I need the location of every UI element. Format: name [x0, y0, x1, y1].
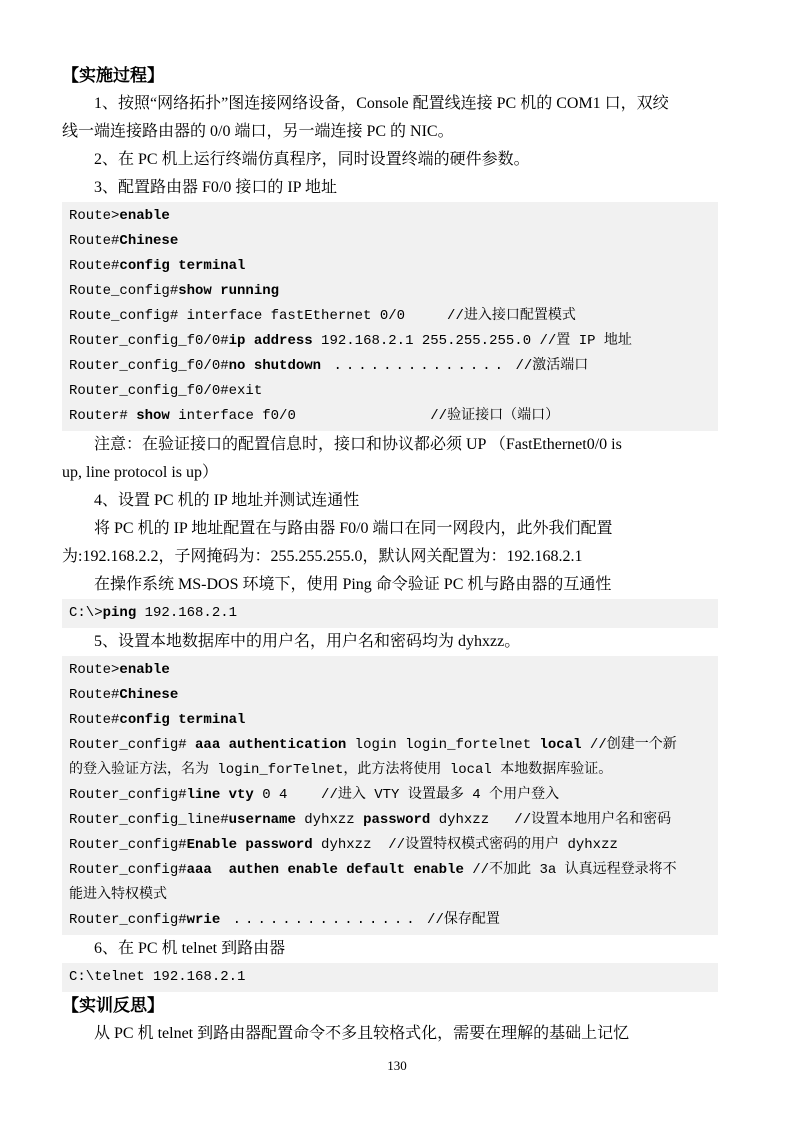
- code-prompt: Route#: [69, 258, 119, 274]
- code-line: Router_config_f0/0#exit: [62, 379, 718, 404]
- code-prompt: Route_config#: [69, 283, 178, 299]
- code-command: no shutdown: [229, 358, 321, 374]
- code-command: aaa authentication: [195, 737, 346, 753]
- code-command: show: [136, 408, 170, 424]
- code-prompt: Route#: [69, 712, 119, 728]
- code-line: Router_config#wrie ............... //保存配…: [62, 908, 718, 933]
- code-line: Router_config#line vty 0 4 //进入 VTY 设置最多…: [62, 783, 718, 808]
- code-comment-continuation: 能进入特权模式: [69, 887, 167, 903]
- page-number: 130: [0, 1058, 794, 1074]
- code-command: config terminal: [119, 712, 245, 728]
- code-text: Route_config# interface fastEthernet 0/0…: [69, 308, 576, 324]
- code-comment: //创建一个新: [582, 737, 677, 753]
- section-heading-implementation: 【实施过程】: [62, 62, 718, 90]
- code-command: line vty: [187, 787, 254, 803]
- code-prompt: Route#: [69, 233, 119, 249]
- code-line: Route_config#show running: [62, 279, 718, 304]
- code-command: enable: [119, 662, 169, 678]
- code-comment: //不加此 3a 认真远程登录将不: [464, 862, 677, 878]
- code-line: Route_config# interface fastEthernet 0/0…: [62, 304, 718, 329]
- code-block-telnet: C:\telnet 192.168.2.1: [62, 963, 718, 992]
- code-line: Route#Chinese: [62, 683, 718, 708]
- code-prompt: Route>: [69, 208, 119, 224]
- paragraph-step1-line1: 1、按照“网络拓扑”图连接网络设备，Console 配置线连接 PC 机的 CO…: [62, 90, 718, 118]
- code-command: config terminal: [119, 258, 245, 274]
- code-line: Router_config# aaa authentication login …: [62, 733, 718, 758]
- paragraph-step4-detail-line2: 为:192.168.2.2，子网掩码为：255.255.255.0，默认网关配置…: [62, 543, 718, 571]
- paragraph-step2: 2、在 PC 机上运行终端仿真程序，同时设置终端的硬件参数。: [62, 146, 718, 174]
- code-line: Router_config_f0/0#ip address 192.168.2.…: [62, 329, 718, 354]
- dot-leader: ..............: [321, 358, 507, 374]
- code-line: 的登入验证方法，名为 login_forTelnet，此方法将使用 local …: [62, 758, 718, 783]
- code-prompt: Router_config_f0/0#: [69, 358, 229, 374]
- code-command: ip address: [229, 333, 313, 349]
- code-command: show running: [178, 283, 279, 299]
- code-command: local: [540, 737, 582, 753]
- paragraph-step1-line2: 线一端连接路由器的 0/0 端口，另一端连接 PC 的 NIC。: [62, 118, 718, 146]
- document-page: 【实施过程】 1、按照“网络拓扑”图连接网络设备，Console 配置线连接 P…: [0, 0, 794, 1048]
- dot-leader: ...............: [220, 912, 418, 928]
- code-command: Enable password: [187, 837, 313, 853]
- code-prompt: Router_config#: [69, 837, 187, 853]
- code-prompt: C:\>: [69, 605, 103, 621]
- code-args: 0 4 //进入 VTY 设置最多 4 个用户登入: [254, 787, 559, 803]
- code-command: wrie: [187, 912, 221, 928]
- code-prompt: Router#: [69, 408, 136, 424]
- code-prompt: Router_config#: [69, 862, 187, 878]
- code-text: Router_config_f0/0#exit: [69, 383, 262, 399]
- paragraph-step6: 6、在 PC 机 telnet 到路由器: [62, 935, 718, 963]
- paragraph-note-line2: up, line protocol is up）: [62, 459, 718, 487]
- code-comment: //激活端口: [507, 358, 588, 374]
- code-line: Router_config_line#username dyhxzz passw…: [62, 808, 718, 833]
- code-line: Route>enable: [62, 658, 718, 683]
- code-block-aaa-config: Route>enable Route#Chinese Route#config …: [62, 656, 718, 935]
- code-block-interface-config: Route>enable Route#Chinese Route#config …: [62, 202, 718, 431]
- code-command: username: [229, 812, 296, 828]
- code-comment-continuation: 的登入验证方法，名为 login_forTelnet，此方法将使用 local …: [69, 762, 612, 778]
- code-prompt: Router_config#: [69, 787, 187, 803]
- code-line: Router_config#aaa authen enable default …: [62, 858, 718, 883]
- code-comment: //保存配置: [419, 912, 500, 928]
- paragraph-reflection: 从 PC 机 telnet 到路由器配置命令不多且较格式化，需要在理解的基础上记…: [62, 1020, 718, 1048]
- code-args: 192.168.2.1 255.255.255.0 //置 IP 地址: [313, 333, 632, 349]
- code-prompt: Router_config#: [69, 912, 187, 928]
- paragraph-step5: 5、设置本地数据库中的用户名，用户名和密码均为 dyhxzz。: [62, 628, 718, 656]
- code-command: ping: [103, 605, 137, 621]
- code-prompt: Route>: [69, 662, 119, 678]
- code-command: Chinese: [119, 233, 178, 249]
- paragraph-step3: 3、配置路由器 F0/0 接口的 IP 地址: [62, 174, 718, 202]
- code-line: Route#config terminal: [62, 254, 718, 279]
- code-line: Router_config_f0/0#no shutdown .........…: [62, 354, 718, 379]
- paragraph-step4: 4、设置 PC 机的 IP 地址并测试连通性: [62, 487, 718, 515]
- paragraph-note-line1: 注意：在验证接口的配置信息时，接口和协议都必须 UP （FastEthernet…: [62, 431, 718, 459]
- code-command: aaa authen enable default enable: [187, 862, 464, 878]
- code-command: password: [363, 812, 430, 828]
- code-block-ping: C:\>ping 192.168.2.1: [62, 599, 718, 628]
- code-prompt: Route#: [69, 687, 119, 703]
- code-command: Chinese: [119, 687, 178, 703]
- code-prompt: Router_config#: [69, 737, 195, 753]
- paragraph-msdos-ping: 在操作系统 MS-DOS 环境下，使用 Ping 命令验证 PC 机与路由器的互…: [62, 571, 718, 599]
- code-args: dyhxzz //设置本地用户名和密码: [430, 812, 671, 828]
- code-line: 能进入特权模式: [62, 883, 718, 908]
- code-args: 192.168.2.1: [136, 605, 237, 621]
- code-line: C:\telnet 192.168.2.1: [62, 965, 718, 990]
- paragraph-step4-detail-line1: 将 PC 机的 IP 地址配置在与路由器 F0/0 端口在同一网段内，此外我们配…: [62, 515, 718, 543]
- code-command: enable: [119, 208, 169, 224]
- code-line: C:\>ping 192.168.2.1: [62, 601, 718, 626]
- code-line: Route#config terminal: [62, 708, 718, 733]
- code-args: dyhxzz: [296, 812, 363, 828]
- code-line: Route#Chinese: [62, 229, 718, 254]
- code-line: Route>enable: [62, 204, 718, 229]
- code-args: dyhxzz //设置特权模式密码的用户 dyhxzz: [313, 837, 618, 853]
- code-args: interface f0/0 //验证接口（端口）: [170, 408, 559, 424]
- code-line: Router# show interface f0/0 //验证接口（端口）: [62, 404, 718, 429]
- section-heading-reflection: 【实训反思】: [62, 992, 718, 1020]
- code-prompt: Router_config_f0/0#: [69, 333, 229, 349]
- code-line: Router_config#Enable password dyhxzz //设…: [62, 833, 718, 858]
- code-args: login login_fortelnet: [346, 737, 539, 753]
- code-text: C:\telnet 192.168.2.1: [69, 969, 245, 985]
- code-prompt: Router_config_line#: [69, 812, 229, 828]
